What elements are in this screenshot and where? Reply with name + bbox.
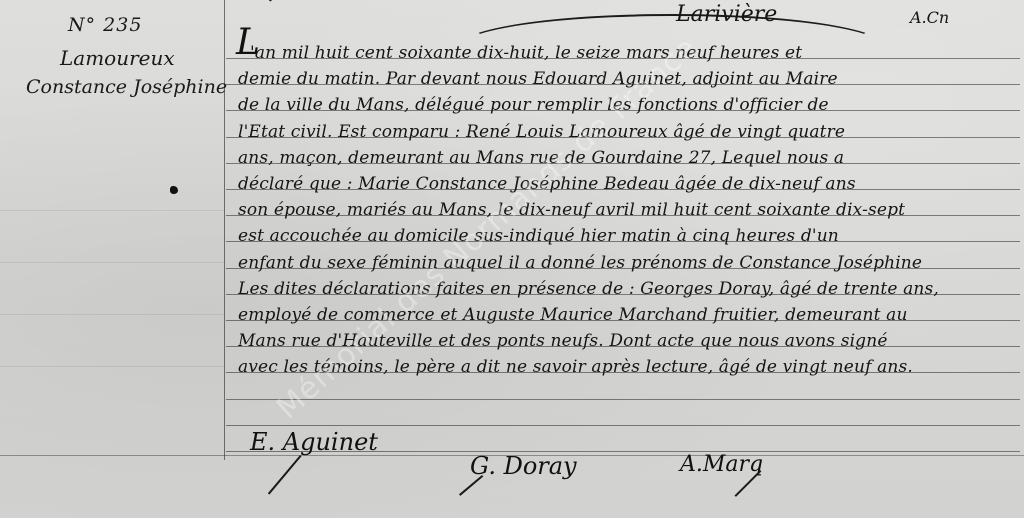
entry-number: N° 235	[68, 14, 142, 36]
ruled-line	[226, 399, 1020, 400]
act-text-line: avec les témoins, le père a dit ne savoi…	[238, 354, 1022, 380]
margin-faint-rule	[0, 210, 224, 211]
act-text-line: enfant du sexe féminin auquel il a donné…	[238, 250, 1022, 276]
ruled-line	[226, 425, 1020, 426]
act-text-line: demie du matin. Par devant nous Edouard …	[238, 66, 1022, 92]
margin-faint-rule	[0, 366, 224, 367]
act-text-line: déclaré que : Marie Constance Joséphine …	[238, 171, 1022, 197]
act-text-line: est accouchée au domicile sus-indiqué hi…	[238, 223, 1022, 249]
act-text: 'an mil huit cent soixante dix-huit, le …	[238, 40, 1022, 380]
previous-initials: A.Cn	[910, 8, 949, 27]
margin-line	[224, 0, 225, 460]
register-page: Larivière A.Cn N° 235 Lamoureux Constanc…	[0, 0, 1024, 518]
act-text-line: de la ville du Mans, délégué pour rempli…	[238, 92, 1022, 118]
act-text-line: l'Etat civil. Est comparu : René Louis L…	[238, 119, 1022, 145]
margin-faint-rule	[0, 262, 224, 263]
act-text-line: Mans rue d'Hauteville et des ponts neufs…	[238, 328, 1022, 354]
margin-surname: Lamoureux	[60, 46, 175, 70]
act-text-line: Les dites déclarations faites en présenc…	[238, 276, 1022, 302]
act-text-line: employé de commerce et Auguste Maurice M…	[238, 302, 1022, 328]
signature-witness-1: G. Doray	[470, 452, 577, 480]
signature-flourish	[268, 455, 302, 495]
signature-witness-2: A.Marq	[680, 452, 763, 477]
margin-faint-rule	[0, 314, 224, 315]
margin-given-names: Constance Joséphine	[26, 76, 227, 98]
signature-officer: E. Aguinet	[250, 428, 378, 456]
previous-signature: Larivière	[676, 2, 777, 27]
ink-blot	[170, 186, 178, 194]
act-text-line: 'an mil huit cent soixante dix-huit, le …	[238, 40, 1022, 66]
act-text-line: ans, maçon, demeurant au Mans rue de Gou…	[238, 145, 1022, 171]
act-text-line: son épouse, mariés au Mans, le dix-neuf …	[238, 197, 1022, 223]
